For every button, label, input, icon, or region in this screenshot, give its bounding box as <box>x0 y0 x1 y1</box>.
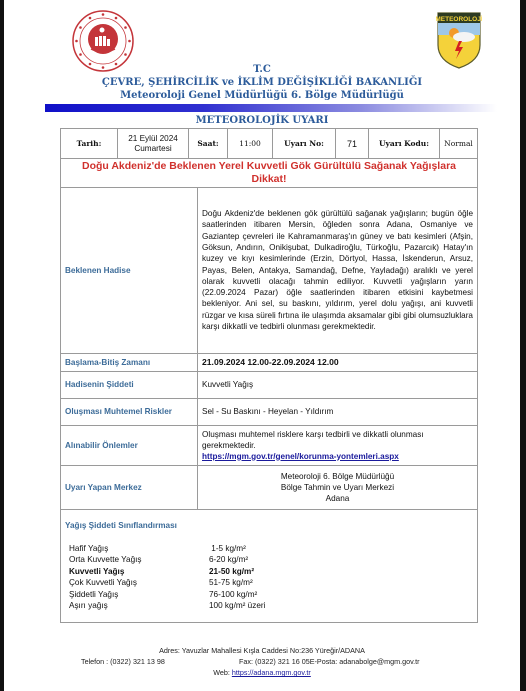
footer-web: Web: https://adana.mgm.gov.tr <box>4 668 520 677</box>
classification-range: 76-100 kg/m² <box>209 589 473 601</box>
risks-value: Sel - Su Baskını - Heyelan - Yıldırım <box>198 398 478 425</box>
issuer-cell: Meteoroloji 6. Bölge Müdürlüğü Bölge Tah… <box>198 465 478 509</box>
footer-web-link[interactable]: https://adana.mgm.gov.tr <box>232 668 311 677</box>
time-label: Saat: <box>189 129 228 159</box>
classification-range: 100 kg/m² üzeri <box>209 600 473 612</box>
date-value: 21 Eylül 2024 <box>128 134 178 143</box>
measures-label: Alınabilir Önlemler <box>61 425 198 465</box>
measures-value: Oluşması muhtemel risklere karşı tedbirl… <box>202 430 424 450</box>
warning-table: Tarih: 21 Eylül 2024 Cumartesi Saat: 11:… <box>60 128 478 623</box>
classification-title: Yağış Şiddeti Sınıflandırması <box>65 520 473 531</box>
warning-code-label: Uyarı Kodu: <box>369 129 440 159</box>
issuer-line-3: Adana <box>326 494 350 503</box>
classification-name: Aşırı yağış <box>69 600 209 612</box>
classification-name: Kuvvetli Yağış <box>69 566 209 578</box>
warning-code-value: Normal <box>440 129 478 159</box>
time-value: 11:00 <box>228 129 273 159</box>
time-range-value: 21.09.2024 12.00-22.09.2024 12.00 <box>198 353 478 371</box>
document-title: METEOROLOJİK UYARI <box>4 115 520 126</box>
warning-document: METEOROLOJİ T.C ÇEVRE, ŞEHİRCİLİK ve İKL… <box>4 0 520 691</box>
severity-value: Kuvvetli Yağış <box>198 371 478 398</box>
issuer-line-2: Bölge Tahmin ve Uyarı Merkezi <box>281 483 394 492</box>
meteorology-logo-icon: METEOROLOJİ <box>436 11 482 69</box>
classification-name: Çok Kuvvetli Yağış <box>69 577 209 589</box>
date-cell: 21 Eylül 2024 Cumartesi <box>118 129 189 159</box>
classification-list: Hafif Yağış 1-5 kg/m²Orta Kuvvette Yağış… <box>69 543 473 612</box>
risks-label: Oluşması Muhtemel Riskler <box>61 398 198 425</box>
header-divider-bar <box>45 104 497 112</box>
footer-fax-email: Fax: (0322) 321 16 05E-Posta: adanabolge… <box>239 657 420 666</box>
protection-methods-link[interactable]: https://mgm.gov.tr/genel/korunma-yonteml… <box>202 452 399 461</box>
footer-phone: Telefon : (0322) 321 13 98 <box>81 657 165 666</box>
severity-label: Hadisenin Şiddeti <box>61 371 198 398</box>
measures-cell: Oluşması muhtemel risklere karşı tedbirl… <box>198 425 478 465</box>
date-label: Tarih: <box>61 129 118 159</box>
warning-headline: Doğu Akdeniz'de Beklenen Yerel Kuvvetli … <box>61 159 478 188</box>
svg-text:METEOROLOJİ: METEOROLOJİ <box>436 15 482 23</box>
footer-web-label: Web: <box>213 668 232 677</box>
classification-name: Şiddetli Yağış <box>69 589 209 601</box>
time-range-label: Başlama-Bitiş Zamanı <box>61 353 198 371</box>
issuer-label: Uyarı Yapan Merkez <box>61 465 198 509</box>
meta-row: Tarih: 21 Eylül 2024 Cumartesi Saat: 11:… <box>61 129 478 159</box>
ministry-name: ÇEVRE, ŞEHİRCİLİK ve İKLİM DEĞİŞİKLİĞİ B… <box>4 77 520 88</box>
warning-no-value: 71 <box>336 129 369 159</box>
classification-name: Orta Kuvvette Yağış <box>69 554 209 566</box>
classification-range: 21-50 kg/m² <box>209 566 473 578</box>
warning-no-label: Uyarı No: <box>273 129 336 159</box>
classification-section: Yağış Şiddeti Sınıflandırması Hafif Yağı… <box>61 509 477 622</box>
classification-range: 51-75 kg/m² <box>209 577 473 589</box>
expected-event-label: Beklenen Hadise <box>61 188 198 353</box>
header-tc: T.C <box>4 64 520 75</box>
footer-address: Adres: Yavuzlar Mahallesi Kışla Caddesi … <box>4 646 520 655</box>
day-value: Cumartesi <box>134 144 171 153</box>
classification-range: 6-20 kg/m² <box>209 554 473 566</box>
expected-event-text: Doğu Akdeniz'de beklenen gök gürültülü s… <box>198 188 478 353</box>
classification-range: 1-5 kg/m² <box>209 543 473 555</box>
directorate-name: Meteoroloji Genel Müdürlüğü 6. Bölge Müd… <box>4 90 520 101</box>
classification-name: Hafif Yağış <box>69 543 209 555</box>
issuer-line-1: Meteoroloji 6. Bölge Müdürlüğü <box>281 472 394 481</box>
